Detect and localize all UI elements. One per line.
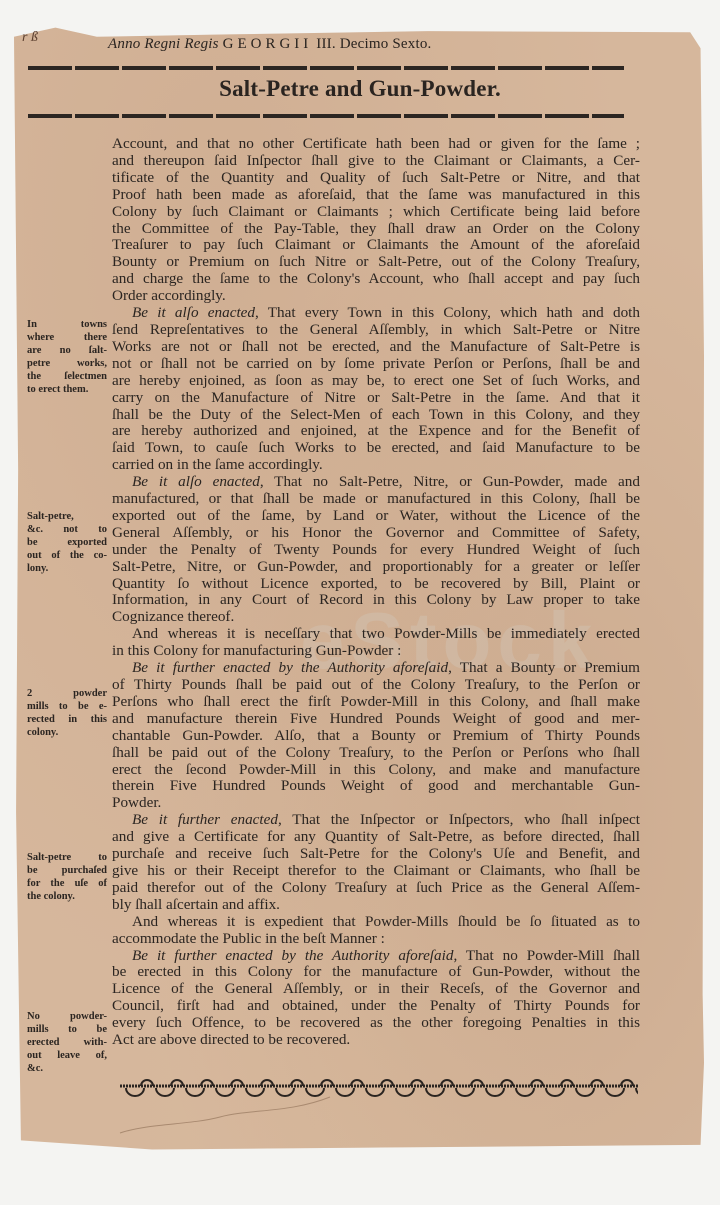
- text-line: ſaid Town, to cauſe ſuch Works to be ere…: [112, 440, 640, 457]
- enacting-clause: Be it further enacted by the Authority a…: [132, 659, 448, 676]
- line-text: erect the ſecond Powder-Mill in this Col…: [112, 761, 640, 778]
- margin-note-line: In towns: [27, 318, 107, 331]
- margin-note-line: where there: [27, 331, 107, 344]
- running-head-year: III. Decimo Sexto.: [316, 36, 431, 52]
- text-line: Order accordingly.: [112, 288, 640, 305]
- text-line: and give a Certificate for any Quantity …: [112, 829, 640, 846]
- margin-note-line: be exported: [27, 536, 107, 549]
- text-line: Perſons who ſhall erect the firſt Powder…: [112, 694, 640, 711]
- margin-note: Salt-petre,&c. not tobe exportedout of t…: [27, 510, 107, 575]
- line-text: in this Colony for manufacturing Gun-Pow…: [112, 642, 401, 659]
- margin-note-line: rected in this: [27, 713, 107, 726]
- text-line: ſhall be paid out of the Colony Treaſury…: [112, 745, 640, 762]
- text-line: purchaſe and receive ſuch Salt-Petre for…: [112, 846, 640, 863]
- margin-note-line: to erect them.: [27, 383, 107, 396]
- line-text: carry on the Manufacture of Nitre or Sal…: [112, 389, 640, 406]
- line-text: Treaſurer to pay ſuch Claimant or Claima…: [112, 236, 640, 253]
- text-line: Treaſurer to pay ſuch Claimant or Claima…: [112, 237, 640, 254]
- line-text: every ſuch Offence, to be recovered as t…: [112, 1014, 640, 1031]
- margin-note-line: the ſelectmen: [27, 370, 107, 383]
- line-text: the Committee of the Pay-Table, they ſha…: [112, 220, 640, 237]
- line-text: ſhall be the Duty of the Select-Men of e…: [112, 406, 640, 423]
- line-text: Account, and that no other Certificate h…: [112, 135, 640, 152]
- line-text: Information, in any Court of Record in t…: [112, 591, 640, 608]
- text-line: Quantity ſo without Licence exported, to…: [112, 576, 640, 593]
- text-line: manufactured, or that ſhall be made or m…: [112, 491, 640, 508]
- text-line: And whereas it is expedient that Powder-…: [112, 914, 640, 931]
- text-line: bly ſhall aſcertain and affix.: [112, 897, 640, 914]
- enacting-clause: Be it further enacted by the Authority a…: [132, 947, 453, 964]
- margin-note-line: for the uſe of: [27, 877, 107, 890]
- text-line: exported out of the ſame, by Land or Wat…: [112, 508, 640, 525]
- text-line: Colony by ſuch Claimant or Claimants ; w…: [112, 204, 640, 221]
- text-line: ſhall be the Duty of the Select-Men of e…: [112, 407, 640, 424]
- margin-note-line: out of the co-: [27, 549, 107, 562]
- line-text: under the Penalty of Twenty Pounds for e…: [112, 541, 640, 558]
- text-line: every ſuch Offence, to be recovered as t…: [112, 1015, 640, 1032]
- line-text: , That no Salt-Petre, Nitre, or Gun-Powd…: [260, 473, 640, 490]
- running-head: Anno Regni Regis GEORGII III. Decimo Sex…: [108, 36, 628, 53]
- margin-note-line: mills to be: [27, 1023, 107, 1036]
- line-text: Powder.: [112, 794, 161, 811]
- line-text: are hereby enjoined, as ſoon as may be, …: [112, 372, 640, 389]
- margin-note: No powder-mills to beerected with-out le…: [27, 1010, 107, 1075]
- margin-note-line: erected with-: [27, 1036, 107, 1049]
- margin-note: In townswhere thereare no ſalt-petre wor…: [27, 318, 107, 396]
- text-line: are hereby authorized and enjoined, at t…: [112, 423, 640, 440]
- text-line: accommodate the Public in the beſt Manne…: [112, 931, 640, 948]
- margin-note-line: out leave of,: [27, 1049, 107, 1062]
- line-text: manufactured, or that ſhall be made or m…: [112, 490, 640, 507]
- margin-note: Salt-petre tobe purchaſedfor the uſe oft…: [27, 851, 107, 903]
- text-line: the Committee of the Pay-Table, they ſha…: [112, 221, 640, 238]
- line-text: Colony by ſuch Claimant or Claimants ; w…: [112, 203, 640, 220]
- line-text: give his or their Receipt therefor to th…: [112, 862, 640, 879]
- line-text: Act are above directed to be recovered.: [112, 1031, 350, 1048]
- line-text: Proof hath been made as aforeſaid, that …: [112, 186, 640, 203]
- line-text: Council, firſt had and obtained, under t…: [112, 997, 640, 1014]
- text-line: and charge the ſame to the Colony's Acco…: [112, 271, 640, 288]
- text-line: give his or their Receipt therefor to th…: [112, 863, 640, 880]
- margin-note-line: are no ſalt-: [27, 344, 107, 357]
- text-line: Works are not or ſhall not be erected, a…: [112, 339, 640, 356]
- text-line: not or ſhall not be carried on by ſome p…: [112, 356, 640, 373]
- text-line: General Aſſembly, or his Honor the Gover…: [112, 525, 640, 542]
- handwritten-corner-mark: r ß: [22, 30, 38, 46]
- paper-crease: [110, 1095, 340, 1135]
- line-text: bly ſhall aſcertain and affix.: [112, 896, 280, 913]
- line-text: Bounty or Premium on ſuch Nitre or Salt-…: [112, 253, 640, 270]
- margin-note-line: &c. not to: [27, 523, 107, 536]
- line-text: Cognizance thereof.: [112, 608, 234, 625]
- running-head-king: GEORGII: [223, 36, 313, 52]
- line-text: exported out of the ſame, by Land or Wat…: [112, 507, 640, 524]
- line-text: and give a Certificate for any Quantity …: [112, 828, 640, 845]
- text-line: Be it further enacted by the Authority a…: [112, 948, 640, 965]
- line-text: are hereby authorized and enjoined, at t…: [112, 422, 640, 439]
- line-text: , That no Powder-Mill ſhall: [453, 947, 640, 964]
- margin-note: 2 powdermills to be e-rected in thiscolo…: [27, 687, 107, 739]
- line-text: ſhall be paid out of the Colony Treaſury…: [112, 744, 640, 761]
- margin-note-line: colony.: [27, 726, 107, 739]
- margin-note-line: &c.: [27, 1062, 107, 1075]
- text-line: be erected in this Colony for the manufa…: [112, 964, 640, 981]
- line-text: , That a Bounty or Premium: [448, 659, 640, 676]
- text-line: Cognizance thereof.: [112, 609, 640, 626]
- margin-note-line: No powder-: [27, 1010, 107, 1023]
- margin-note-line: mills to be e-: [27, 700, 107, 713]
- line-text: ſend Repreſentatives to the General Aſſe…: [112, 321, 640, 338]
- line-text: General Aſſembly, or his Honor the Gover…: [112, 524, 640, 541]
- text-line: Licence of the General Aſſembly, or in t…: [112, 981, 640, 998]
- text-line: and thereupon ſaid Inſpector ſhall give …: [112, 153, 640, 170]
- text-line: Powder.: [112, 795, 640, 812]
- line-text: Salt-Petre, Nitre, or Gun-Powder, and pr…: [112, 558, 640, 575]
- margin-note-line: lony.: [27, 562, 107, 575]
- top-rule: [28, 66, 624, 70]
- line-text: Perſons who ſhall erect the firſt Powder…: [112, 693, 640, 710]
- text-line: Council, firſt had and obtained, under t…: [112, 998, 640, 1015]
- text-line: and manufacture therein Five Hundred Pou…: [112, 711, 640, 728]
- text-line: carry on the Manufacture of Nitre or Sal…: [112, 390, 640, 407]
- act-body-text: Account, and that no other Certificate h…: [112, 136, 640, 1049]
- text-line: Account, and that no other Certificate h…: [112, 136, 640, 153]
- text-line: under the Penalty of Twenty Pounds for e…: [112, 542, 640, 559]
- text-line: chantable Gun-Powder. Alſo, that a Bount…: [112, 728, 640, 745]
- text-line: Be it alſo enacted, That no Salt-Petre, …: [112, 474, 640, 491]
- line-text: chantable Gun-Powder. Alſo, that a Bount…: [112, 727, 640, 744]
- line-text: Quantity ſo without Licence exported, to…: [112, 575, 640, 592]
- text-line: are hereby enjoined, as ſoon as may be, …: [112, 373, 640, 390]
- enacting-clause: Be it alſo enacted: [132, 304, 255, 321]
- line-text: Works are not or ſhall not be erected, a…: [112, 338, 640, 355]
- line-text: not or ſhall not be carried on by ſome p…: [112, 355, 640, 372]
- margin-note-line: the colony.: [27, 890, 107, 903]
- page-title: Salt-Petre and Gun-Powder.: [0, 76, 720, 102]
- text-line: therein Five Hundred Pounds Weight of go…: [112, 778, 640, 795]
- line-text: therein Five Hundred Pounds Weight of go…: [112, 777, 640, 794]
- line-text: be erected in this Colony for the manufa…: [112, 963, 640, 980]
- line-text: , That the Inſpector or Inſpectors, who …: [278, 811, 640, 828]
- text-line: in this Colony for manufacturing Gun-Pow…: [112, 643, 640, 660]
- line-text: accommodate the Public in the beſt Manne…: [112, 930, 385, 947]
- line-text: And whereas it is expedient that Powder-…: [132, 913, 640, 930]
- margin-note-line: Salt-petre to: [27, 851, 107, 864]
- text-line: tificate of the Quantity and Quality of …: [112, 170, 640, 187]
- text-line: Salt-Petre, Nitre, or Gun-Powder, and pr…: [112, 559, 640, 576]
- text-line: erect the ſecond Powder-Mill in this Col…: [112, 762, 640, 779]
- line-text: Licence of the General Aſſembly, or in t…: [112, 980, 640, 997]
- line-text: , That every Town in this Colony, which …: [255, 304, 640, 321]
- text-line: Be it further enacted, That the Inſpecto…: [112, 812, 640, 829]
- text-line: Be it further enacted by the Authority a…: [112, 660, 640, 677]
- line-text: and charge the ſame to the Colony's Acco…: [112, 270, 640, 287]
- line-text: and thereupon ſaid Inſpector ſhall give …: [112, 152, 640, 169]
- text-line: Bounty or Premium on ſuch Nitre or Salt-…: [112, 254, 640, 271]
- text-line: Proof hath been made as aforeſaid, that …: [112, 187, 640, 204]
- text-line: ſend Repreſentatives to the General Aſſe…: [112, 322, 640, 339]
- enacting-clause: Be it alſo enacted: [132, 473, 260, 490]
- line-text: ſaid Town, to cauſe ſuch Works to be ere…: [112, 439, 640, 456]
- text-line: Act are above directed to be recovered.: [112, 1032, 640, 1049]
- text-line: And whereas it is neceſſary that two Pow…: [112, 626, 640, 643]
- enacting-clause: Be it further enacted: [132, 811, 278, 828]
- text-line: paid therefor out of the Colony Treaſury…: [112, 880, 640, 897]
- line-text: paid therefor out of the Colony Treaſury…: [112, 879, 640, 896]
- margin-note-line: Salt-petre,: [27, 510, 107, 523]
- margin-note-line: petre works,: [27, 357, 107, 370]
- text-line: of Thirty Pounds ſhall be paid out of th…: [112, 677, 640, 694]
- margin-note-line: be purchaſed: [27, 864, 107, 877]
- text-line: carried on in the ſame accordingly.: [112, 457, 640, 474]
- line-text: carried on in the ſame accordingly.: [112, 456, 323, 473]
- text-line: Information, in any Court of Record in t…: [112, 592, 640, 609]
- title-rule: [28, 114, 624, 118]
- margin-note-line: 2 powder: [27, 687, 107, 700]
- line-text: of Thirty Pounds ſhall be paid out of th…: [112, 676, 640, 693]
- line-text: Order accordingly.: [112, 287, 226, 304]
- line-text: purchaſe and receive ſuch Salt-Petre for…: [112, 845, 640, 862]
- line-text: tificate of the Quantity and Quality of …: [112, 169, 640, 186]
- text-line: Be it alſo enacted, That every Town in t…: [112, 305, 640, 322]
- running-head-latin: Anno Regni Regis: [108, 36, 219, 52]
- line-text: And whereas it is neceſſary that two Pow…: [132, 625, 640, 642]
- line-text: and manufacture therein Five Hundred Pou…: [112, 710, 640, 727]
